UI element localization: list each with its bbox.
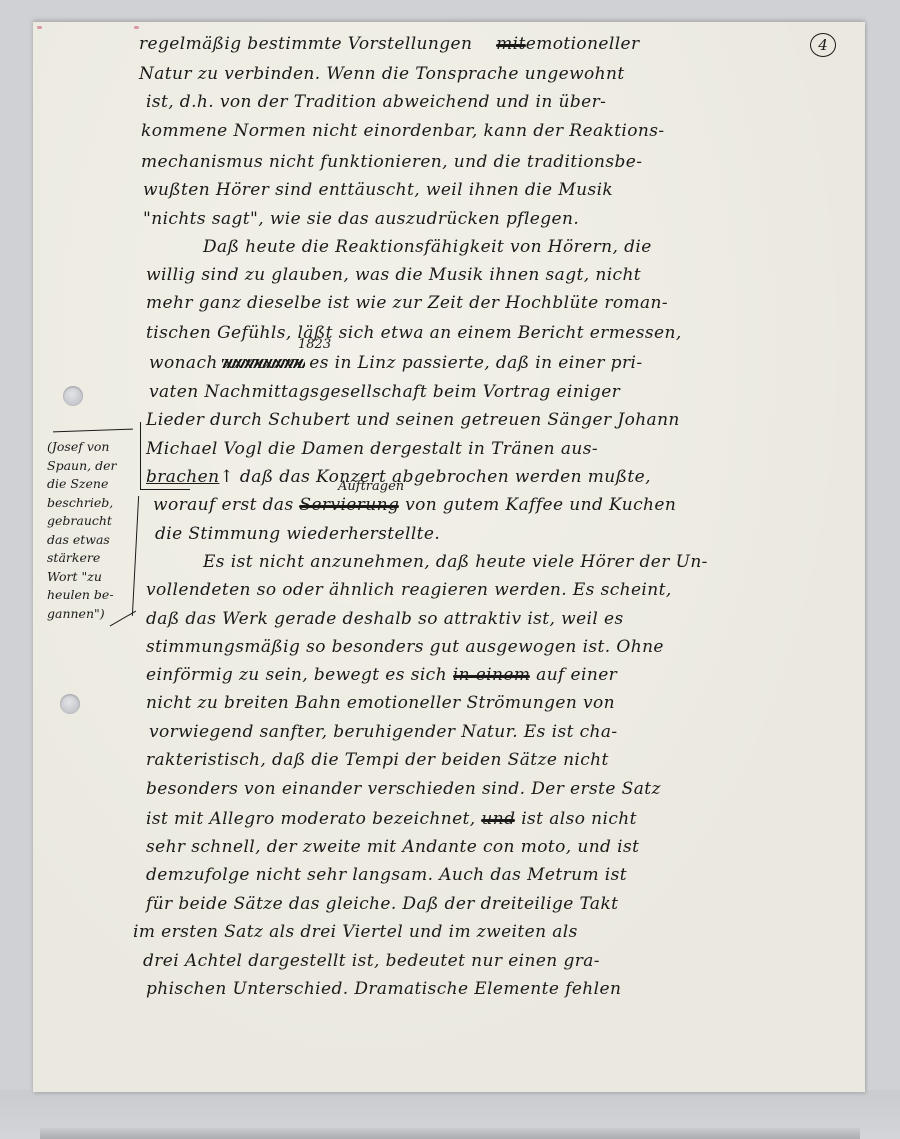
insertion-bracket (140, 422, 141, 490)
text-line: nicht zu breiten Bahn emotioneller Ström… (146, 693, 615, 713)
inserted-word: Auftragen (338, 479, 404, 494)
text-line: rakteristisch, daß die Tempi der beiden … (146, 750, 609, 770)
text-line: drei Achtel dargestellt ist, bedeutet nu… (143, 951, 600, 971)
inserted-year: 1823 (298, 337, 331, 352)
text-line: mechanismus nicht funktionieren, und die… (141, 152, 642, 172)
page-number: 4 (810, 33, 836, 57)
struck-word: mit (496, 34, 526, 54)
punch-hole (63, 386, 83, 406)
text-line: für beide Sätze das gleiche. Daß der dre… (146, 894, 618, 914)
text-line: mehr ganz dieselbe ist wie zur Zeit der … (146, 293, 668, 313)
text-line: kommene Normen nicht einordenbar, kann d… (141, 121, 665, 141)
text-line: Es ist nicht anzunehmen, daß heute viele… (203, 552, 708, 572)
red-mark (134, 26, 139, 29)
text-line: Lieder durch Schubert und seinen getreue… (146, 410, 680, 430)
text-line: Natur zu verbinden. Wenn die Tonsprache … (139, 64, 625, 84)
text-line: besonders von einander verschieden sind.… (146, 779, 661, 799)
text-line: phischen Unterschied. Dramatische Elemen… (146, 979, 621, 999)
text-line: "nichts sagt", wie sie das auszudrücken … (143, 209, 579, 229)
struck-word: und (481, 809, 515, 829)
text-line: einförmig zu sein, bewegt es sich in ein… (146, 665, 617, 685)
struck-word: Servierung (299, 495, 399, 515)
text-line: wonach xxxxxxxx es in Linz passierte, da… (149, 353, 642, 373)
text-line: wußten Hörer sind enttäuscht, weil ihnen… (143, 180, 613, 200)
text-line: Daß heute die Reaktionsfähigkeit von Hör… (203, 237, 652, 257)
text-line: regelmäßig bestimmte Vorstellungen mitem… (139, 34, 640, 54)
manuscript-page: 4 regelmäßig bestimmte Vorstellungen mit… (33, 22, 865, 1092)
insertion-bracket (132, 496, 140, 616)
text-line: worauf erst das Servierung von gutem Kaf… (153, 495, 676, 515)
text-line: demzufolge nicht sehr langsam. Auch das … (146, 865, 627, 885)
text-line: vorwiegend sanfter, beruhigender Natur. … (149, 722, 618, 742)
margin-rule (53, 429, 133, 433)
margin-note: (Josef von Spaun, der die Szene beschrie… (47, 438, 129, 623)
struck-word: in einem (453, 665, 531, 685)
text-line: daß das Werk gerade deshalb so attraktiv… (146, 609, 624, 629)
text-line: vaten Nachmittagsgesellschaft beim Vortr… (149, 382, 620, 402)
text-line: tischen Gefühls, läßt sich etwa an einem… (146, 323, 682, 343)
punch-hole (60, 694, 80, 714)
insertion-bracket (140, 489, 190, 490)
red-mark (37, 26, 42, 29)
underlying-page-edge (40, 1128, 860, 1139)
text-line: im ersten Satz als drei Viertel und im z… (133, 922, 578, 942)
text-line: ist, d.h. von der Tradition abweichend u… (146, 92, 606, 112)
text-line: stimmungsmäßig so besonders gut ausgewog… (146, 637, 664, 657)
text-line: vollendeten so oder ähnlich reagieren we… (146, 580, 672, 600)
text-line: die Stimmung wiederherstellte. (155, 524, 440, 544)
text-line: Michael Vogl die Damen dergestalt in Trä… (146, 439, 598, 459)
text-line: ist mit Allegro moderato bezeichnet, und… (146, 809, 637, 829)
text-line: willig sind zu glauben, was die Musik ih… (146, 265, 641, 285)
scribbled-out-word: xxxxxxxx (224, 353, 304, 373)
text-line: sehr schnell, der zweite mit Andante con… (146, 837, 639, 857)
